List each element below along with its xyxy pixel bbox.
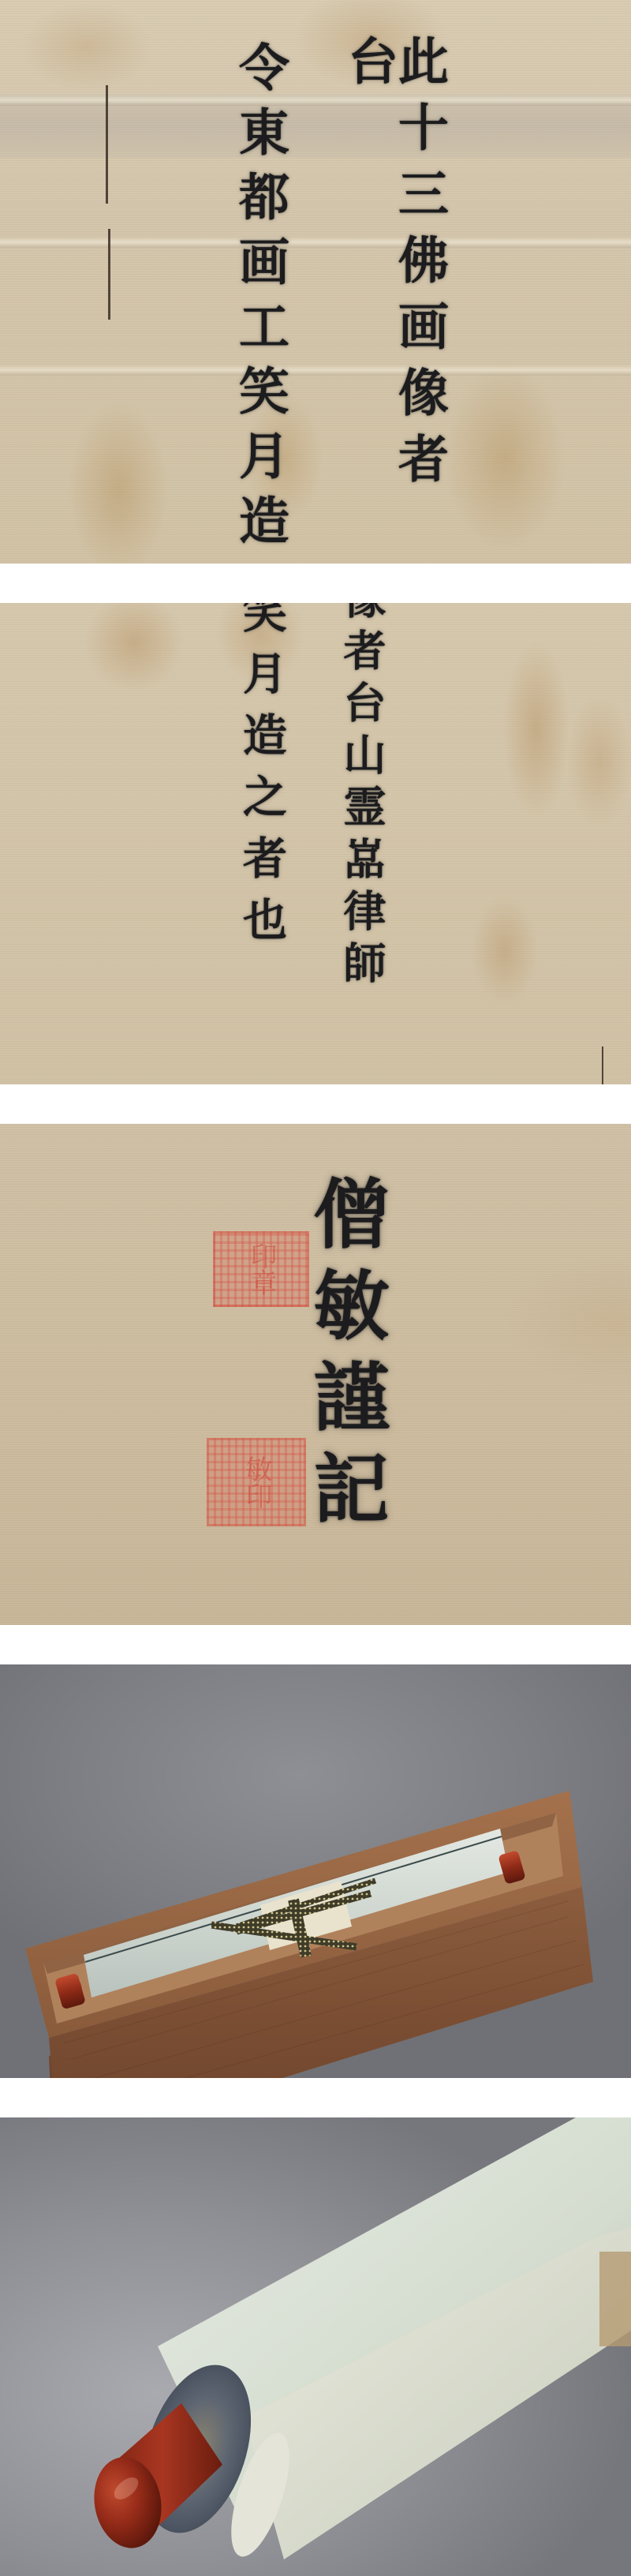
silk-fold-line	[0, 95, 631, 106]
panel-gap	[0, 1084, 631, 1124]
calligraphy-column-right: 此十三佛画像者台	[343, 35, 444, 563]
scroll-tie-cord	[599, 2252, 631, 2346]
signature-calligraphy: 僧敏謹記	[308, 1174, 383, 1541]
scroll-box-photo	[0, 1664, 631, 2078]
signature-seal-panel: 印章 敏印 僧敏謹記	[0, 1124, 631, 1625]
ink-border-line	[602, 1046, 603, 1084]
silk-fold-line	[0, 365, 631, 376]
red-seal-lower: 敏印	[207, 1438, 306, 1526]
silk-fold-line	[0, 237, 631, 248]
red-seal-upper: 印章	[213, 1231, 309, 1307]
calligraphy-column-right: 像者台山霊嵓律師	[341, 603, 383, 993]
calligraphy-column-left: 笑月造之者也	[240, 603, 284, 958]
inscription-panel-middle: 像者台山霊嵓律師 笑月造之者也	[0, 603, 631, 1084]
ink-border-line	[106, 85, 108, 204]
roller-closeup-photo	[0, 2117, 631, 2576]
ink-border-line	[108, 229, 110, 320]
wooden-box-illustration	[0, 1664, 631, 2078]
roller-closeup-illustration	[0, 2117, 631, 2576]
panel-gap	[0, 563, 631, 603]
panel-gap	[0, 2078, 631, 2117]
inscription-panel-top: 此十三佛画像者台 令東都画工笑月造	[0, 0, 631, 563]
calligraphy-column-left: 令東都画工笑月造	[234, 41, 285, 559]
panel-gap	[0, 1625, 631, 1664]
